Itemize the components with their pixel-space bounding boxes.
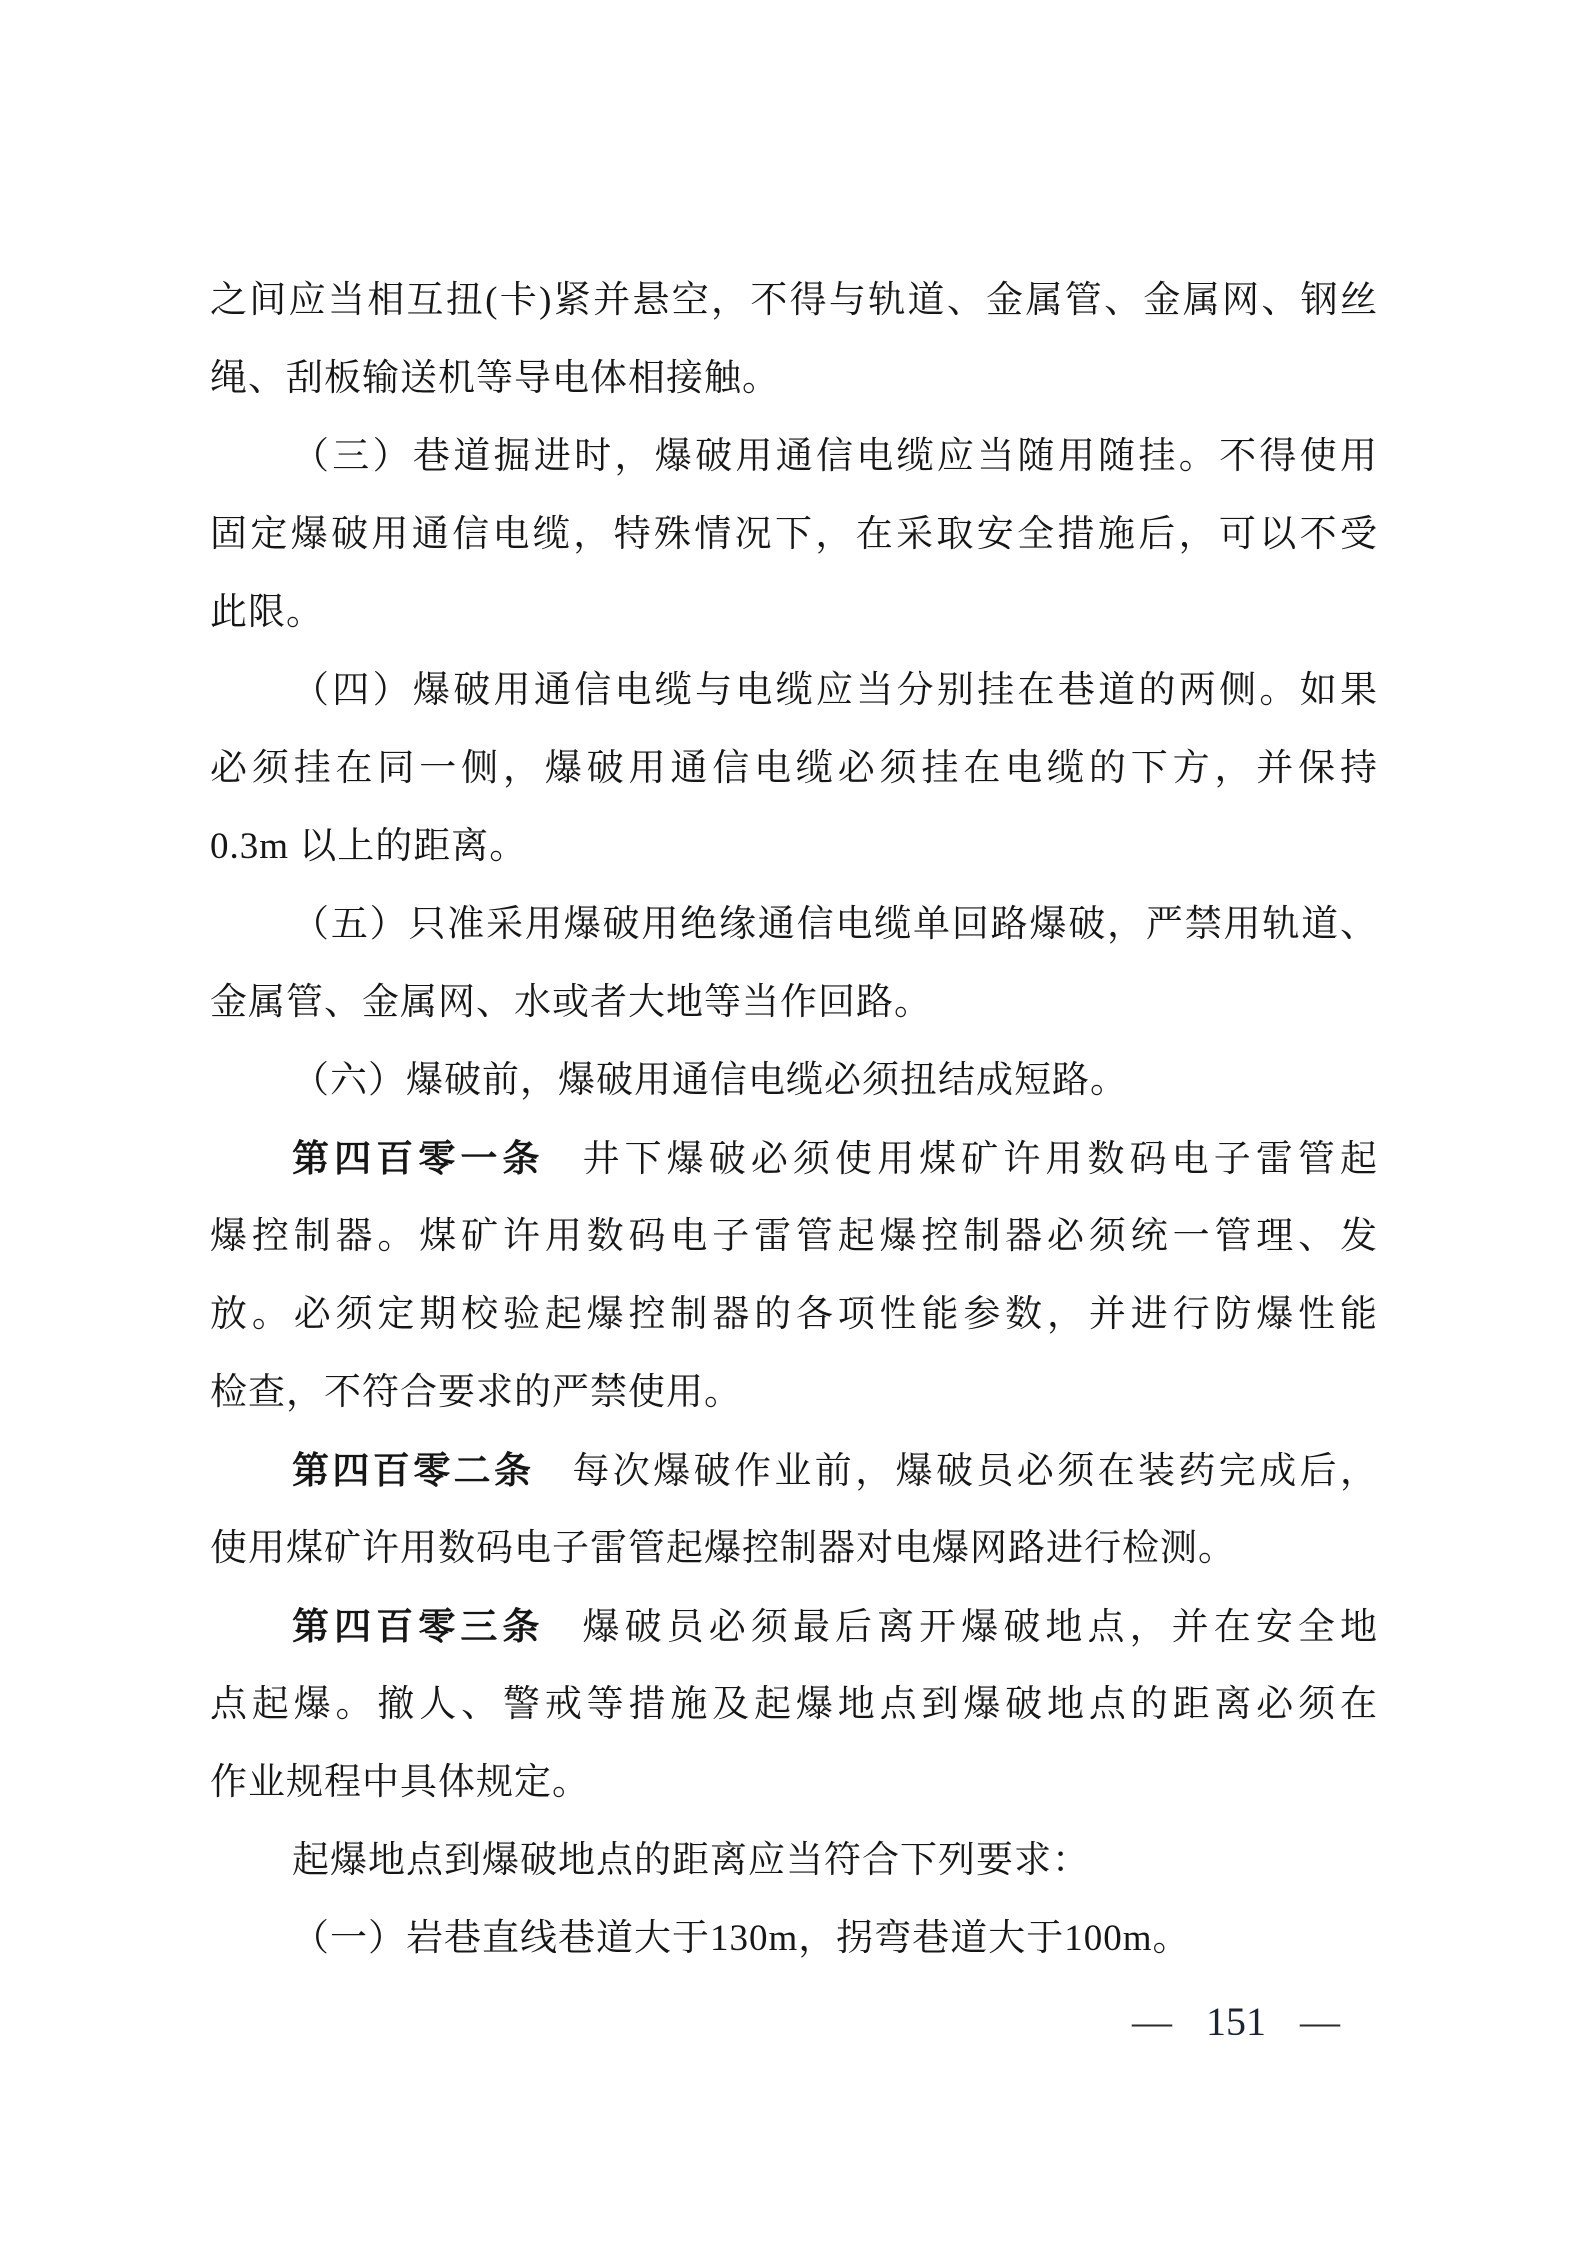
text-line: 第四百零二条每次爆破作业前，爆破员必须在装药完成后， xyxy=(210,1432,1378,1510)
line-text: 检查，不符合要求的严禁使用。 xyxy=(210,1372,742,1413)
line-text: 使用煤矿许用数码电子雷管起爆控制器对电爆网路进行检测。 xyxy=(210,1528,1236,1569)
text-line: 点起爆。撤人、警戒等措施及起爆地点到爆破地点的距离必须在 xyxy=(210,1666,1378,1744)
text-line: 必须挂在同一侧，爆破用通信电缆必须挂在电缆的下方，并保持 xyxy=(210,730,1378,808)
line-text: 作业规程中具体规定。 xyxy=(210,1762,590,1803)
line-text: 绳、刮板输送机等导电体相接触。 xyxy=(210,358,780,399)
text-line: 固定爆破用通信电缆，特殊情况下，在采取安全措施后，可以不受 xyxy=(210,496,1378,574)
page-number: 151 xyxy=(1206,1999,1266,2044)
page-footer: —151— xyxy=(1132,2000,1340,2044)
line-text: 金属管、金属网、水或者大地等当作回路。 xyxy=(210,982,932,1023)
line-text: 点起爆。撤人、警戒等措施及起爆地点到爆破地点的距离必须在 xyxy=(210,1684,1378,1725)
line-text: （一）岩巷直线巷道大于130m，拐弯巷道大于100m。 xyxy=(292,1918,1191,1959)
text-line: 放。必须定期校验起爆控制器的各项性能参数，并进行防爆性能 xyxy=(210,1276,1378,1354)
line-text: （三）巷道掘进时，爆破用通信电缆应当随用随挂。不得使用 xyxy=(292,436,1378,477)
text-line: 第四百零三条爆破员必须最后离开爆破地点，并在安全地 xyxy=(210,1588,1378,1666)
footer-dash-right: — xyxy=(1300,1999,1340,2044)
line-text: （六）爆破前，爆破用通信电缆必须扭结成短路。 xyxy=(292,1060,1128,1101)
text-line: 爆控制器。煤矿许用数码电子雷管起爆控制器必须统一管理、发 xyxy=(210,1198,1378,1276)
article-number: 第四百零二条 xyxy=(292,1450,534,1491)
document-body: 之间应当相互扭(卡)紧并悬空，不得与轨道、金属管、金属网、钢丝绳、刮板输送机等导… xyxy=(210,262,1378,1978)
text-line: 之间应当相互扭(卡)紧并悬空，不得与轨道、金属管、金属网、钢丝 xyxy=(210,262,1378,340)
line-text: 放。必须定期校验起爆控制器的各项性能参数，并进行防爆性能 xyxy=(210,1294,1378,1335)
text-line: 此限。 xyxy=(210,574,1378,652)
line-text: 固定爆破用通信电缆，特殊情况下，在采取安全措施后，可以不受 xyxy=(210,514,1378,555)
text-line: 绳、刮板输送机等导电体相接触。 xyxy=(210,340,1378,418)
line-text: 井下爆破必须使用煤矿许用数码电子雷管起 xyxy=(583,1139,1379,1180)
text-line: （五）只准采用爆破用绝缘通信电缆单回路爆破，严禁用轨道、 xyxy=(210,886,1378,964)
text-line: （一）岩巷直线巷道大于130m，拐弯巷道大于100m。 xyxy=(210,1900,1378,1978)
line-text: 0.3m 以上的距离。 xyxy=(210,826,527,867)
line-text: 爆破员必须最后离开爆破地点，并在安全地 xyxy=(583,1607,1379,1648)
text-line: 金属管、金属网、水或者大地等当作回路。 xyxy=(210,964,1378,1042)
footer-dash-left: — xyxy=(1132,1999,1172,2044)
text-line: （四）爆破用通信电缆与电缆应当分别挂在巷道的两侧。如果 xyxy=(210,652,1378,730)
text-line: （三）巷道掘进时，爆破用通信电缆应当随用随挂。不得使用 xyxy=(210,418,1378,496)
text-line: 第四百零一条井下爆破必须使用煤矿许用数码电子雷管起 xyxy=(210,1120,1378,1198)
line-text: 起爆地点到爆破地点的距离应当符合下列要求： xyxy=(292,1840,1090,1881)
text-line: 使用煤矿许用数码电子雷管起爆控制器对电爆网路进行检测。 xyxy=(210,1510,1378,1588)
line-text: 每次爆破作业前，爆破员必须在装药完成后， xyxy=(572,1451,1378,1492)
text-line: 作业规程中具体规定。 xyxy=(210,1744,1378,1822)
line-text: 此限。 xyxy=(210,592,324,633)
article-number: 第四百零三条 xyxy=(292,1606,545,1647)
article-number: 第四百零一条 xyxy=(292,1138,545,1179)
line-text: 必须挂在同一侧，爆破用通信电缆必须挂在电缆的下方，并保持 xyxy=(210,748,1378,789)
line-text: 爆控制器。煤矿许用数码电子雷管起爆控制器必须统一管理、发 xyxy=(210,1216,1378,1257)
line-text: 之间应当相互扭(卡)紧并悬空，不得与轨道、金属管、金属网、钢丝 xyxy=(210,280,1378,321)
text-line: 检查，不符合要求的严禁使用。 xyxy=(210,1354,1378,1432)
document-page: 之间应当相互扭(卡)紧并悬空，不得与轨道、金属管、金属网、钢丝绳、刮板输送机等导… xyxy=(0,0,1587,2245)
line-text: （四）爆破用通信电缆与电缆应当分别挂在巷道的两侧。如果 xyxy=(292,670,1378,711)
text-line: 起爆地点到爆破地点的距离应当符合下列要求： xyxy=(210,1822,1378,1900)
text-line: （六）爆破前，爆破用通信电缆必须扭结成短路。 xyxy=(210,1042,1378,1120)
text-line: 0.3m 以上的距离。 xyxy=(210,808,1378,886)
line-text: （五）只准采用爆破用绝缘通信电缆单回路爆破，严禁用轨道、 xyxy=(292,904,1378,945)
